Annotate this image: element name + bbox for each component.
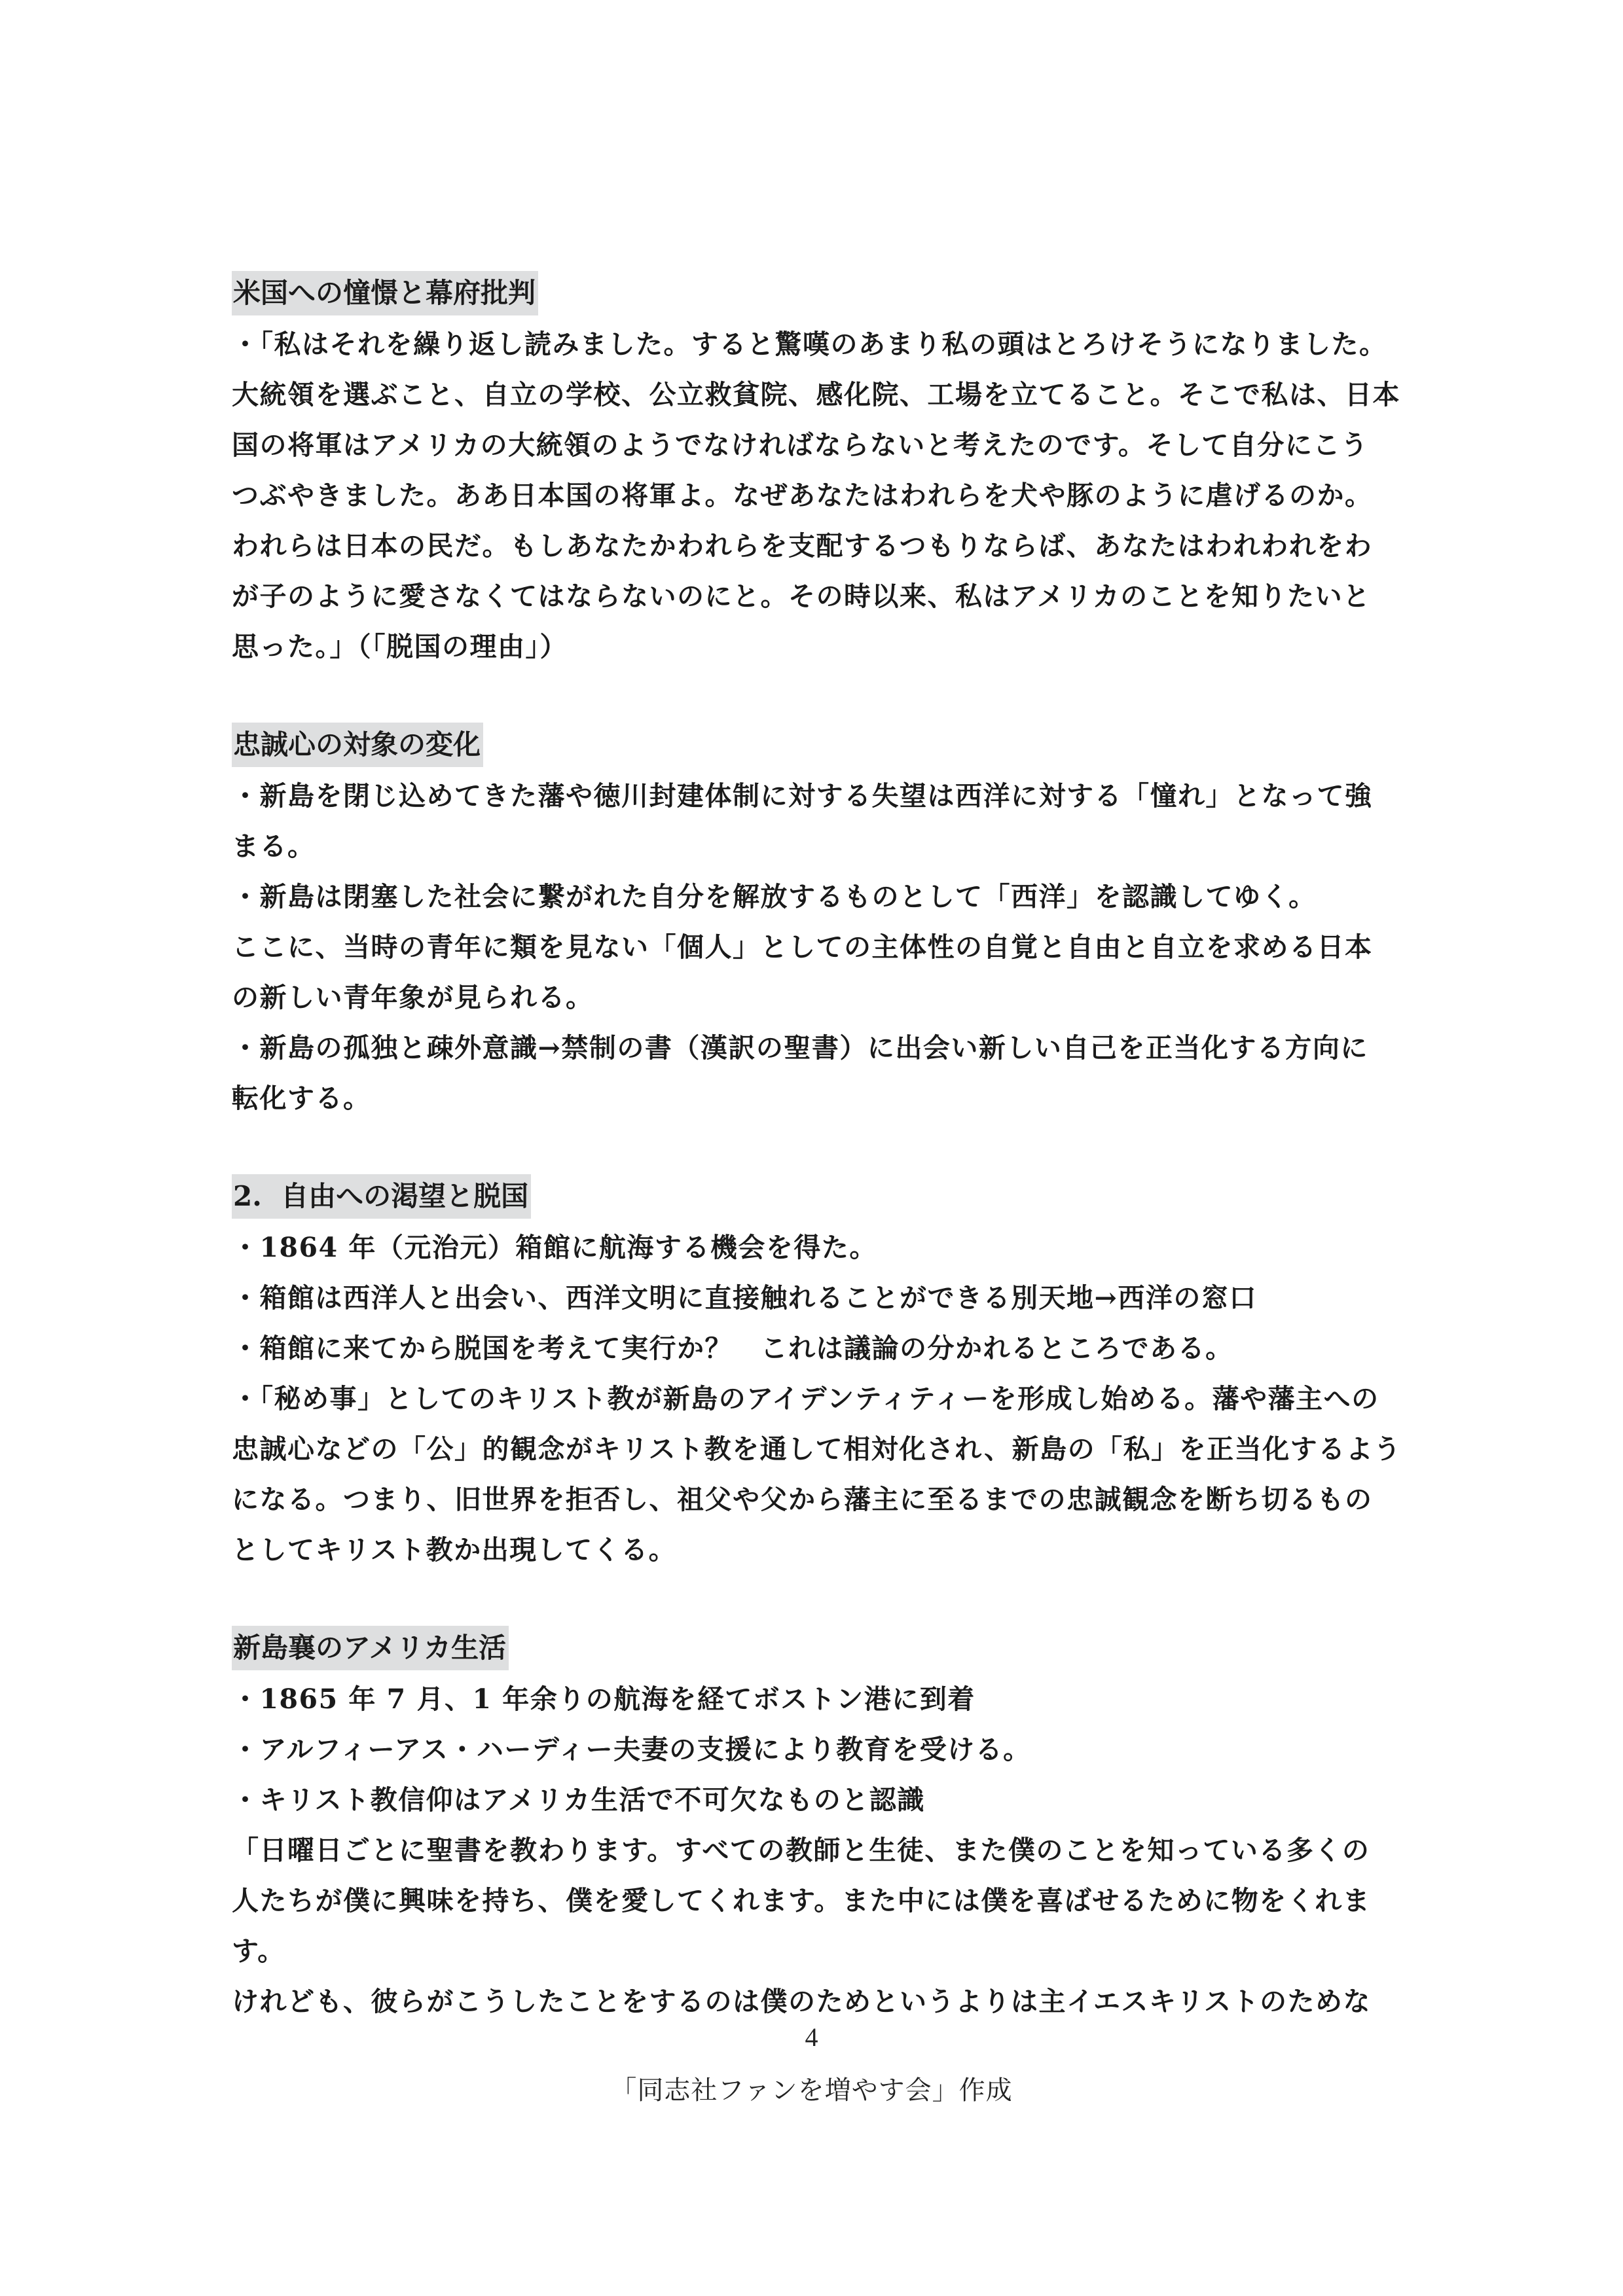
section-longing-for-freedom: 2. 自由への渇望と脱国 ・1864 年（元治元）箱館に航海する機会を得た。 ・… <box>232 1174 1397 1575</box>
body-line: 国の将軍はアメリカの大統領のようでなければならないと考えたのです。そして自分にこ… <box>232 420 1397 471</box>
body-line: ・新島を閉じ込めてきた藩や徳川封建体制に対する失望は西洋に対する「憧れ」となって… <box>232 771 1397 821</box>
section-heading: 2. 自由への渇望と脱国 <box>232 1174 531 1219</box>
section-heading: 新島襄のアメリカ生活 <box>232 1626 509 1670</box>
body-line: 転化する。 <box>232 1073 1397 1124</box>
body-line: す。 <box>232 1926 1397 1977</box>
body-line: になる。つまり、旧世界を拒否し、祖父や父から藩主に至るまでの忠誠観念を断ち切るも… <box>232 1475 1397 1525</box>
section-heading-row: 新島襄のアメリカ生活 <box>232 1626 1397 1674</box>
document-body: 米国への憧憬と幕府批判 ・「私はそれを繰り返し読みました。すると驚嘆のあまり私の… <box>232 271 1397 2027</box>
body-line: ・「私はそれを繰り返し読みました。すると驚嘆のあまり私の頭はとろけそうになりまし… <box>232 319 1397 370</box>
body-line: ・箱館に来てから脱国を考えて実行か？ これは議論の分かれるところである。 <box>232 1323 1397 1374</box>
body-line: ・新島は閉塞した社会に繋がれた自分を解放するものとして「西洋」を認識してゆく。 <box>232 872 1397 922</box>
body-line: ・「秘め事」としてのキリスト教が新島のアイデンティティーを形成し始める。藩や藩主… <box>232 1374 1397 1424</box>
section-heading-row: 2. 自由への渇望と脱国 <box>232 1174 1397 1223</box>
body-line: ・1864 年（元治元）箱館に航海する機会を得た。 <box>232 1223 1397 1273</box>
section-admiration-for-america: 米国への憧憬と幕府批判 ・「私はそれを繰り返し読みました。すると驚嘆のあまり私の… <box>232 271 1397 672</box>
body-line: ここに、当時の青年に類を見ない「個人」としての主体性の自覚と自由と自立を求める日… <box>232 922 1397 973</box>
body-line: けれども、彼らがこうしたことをするのは僕のためというよりは主イエスキリストのため… <box>232 1977 1397 2027</box>
body-line: 「日曜日ごとに聖書を教わります。すべての教師と生徒、また僕のことを知っている多く… <box>232 1825 1397 1876</box>
section-heading: 忠誠心の対象の変化 <box>232 723 483 767</box>
body-line: 大統領を選ぶこと、自立の学校、公立救貧院、感化院、工場を立てること。そこで私は、… <box>232 370 1397 420</box>
body-line: われらは日本の民だ。もしあなたかわれらを支配するつもりならば、あなたはわれわれを… <box>232 521 1397 571</box>
body-line: ・箱館は西洋人と出会い、西洋文明に直接触れることができる別天地→西洋の窓口 <box>232 1273 1397 1323</box>
footer-credit: 「同志社ファンを増やす会」作成 <box>0 2072 1623 2109</box>
document-page: 米国への憧憬と幕府批判 ・「私はそれを繰り返し読みました。すると驚嘆のあまり私の… <box>0 0 1623 2296</box>
body-line: 人たちが僕に興味を持ち、僕を愛してくれます。また中には僕を喜ばせるために物をくれ… <box>232 1876 1397 1926</box>
body-line: まる。 <box>232 821 1397 872</box>
body-line: つぶやきました。ああ日本国の将軍よ。なぜあなたはわれらを犬や豚のように虐げるのか… <box>232 471 1397 521</box>
body-line: としてキリスト教か出現してくる。 <box>232 1525 1397 1575</box>
body-line: ・アルフィーアス・ハーディー夫妻の支援により教育を受ける。 <box>232 1725 1397 1775</box>
body-line: が子のように愛さなくてはならないのにと。その時以来、私はアメリカのことを知りたい… <box>232 571 1397 622</box>
body-line: ・新島の孤独と疎外意識→禁制の書（漢訳の聖書）に出会い新しい自己を正当化する方向… <box>232 1023 1397 1073</box>
section-life-in-america: 新島襄のアメリカ生活 ・1865 年 7 月、1 年余りの航海を経てボストン港に… <box>232 1626 1397 2027</box>
body-line: 忠誠心などの「公」的観念がキリスト教を通して相対化され、新島の「私」を正当化する… <box>232 1424 1397 1475</box>
body-line: 思った。」（「脱国の理由」） <box>232 622 1397 672</box>
page-number: 4 <box>0 2021 1623 2054</box>
body-line: ・キリスト教信仰はアメリカ生活で不可欠なものと認識 <box>232 1775 1397 1825</box>
body-line: の新しい青年象が見られる。 <box>232 973 1397 1023</box>
section-heading-row: 忠誠心の対象の変化 <box>232 723 1397 771</box>
section-change-of-loyalty: 忠誠心の対象の変化 ・新島を閉じ込めてきた藩や徳川封建体制に対する失望は西洋に対… <box>232 723 1397 1124</box>
section-heading-row: 米国への憧憬と幕府批判 <box>232 271 1397 319</box>
body-line: ・1865 年 7 月、1 年余りの航海を経てボストン港に到着 <box>232 1674 1397 1725</box>
section-heading: 米国への憧憬と幕府批判 <box>232 271 538 315</box>
